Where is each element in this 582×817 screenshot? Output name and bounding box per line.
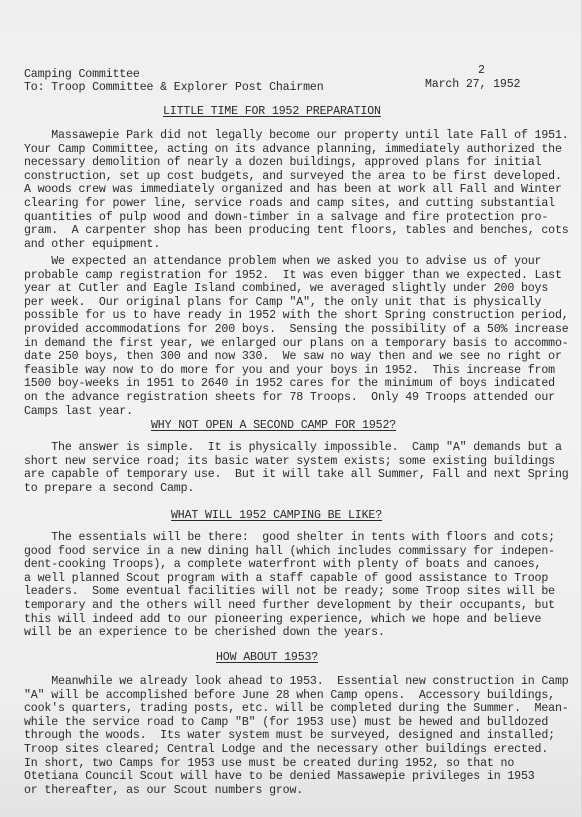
paragraph-line: Troop sites cleared; Central Lodge and t…	[24, 743, 548, 757]
paragraph-line: leaders. Some eventual facilities will n…	[24, 585, 555, 599]
paragraph-line: "A" will be accomplished before June 28 …	[24, 689, 555, 703]
memo-date: March 27, 1952	[425, 78, 520, 92]
paragraph-line: necessary demolition of nearly a dozen b…	[24, 156, 541, 170]
paragraph-line: Camps last year.	[24, 405, 133, 419]
section-heading: WHY NOT OPEN A SECOND CAMP FOR 1952?	[151, 419, 396, 433]
paragraph-line: Meanwhile we already look ahead to 1953.…	[24, 675, 569, 689]
paragraph-line: in demand the first year, we enlarged ou…	[24, 337, 569, 351]
section-heading: LITTLE TIME FOR 1952 PREPARATION	[163, 105, 381, 119]
paragraph-line: We expected an attendance problem when w…	[24, 255, 541, 269]
paragraph-line: In short, two Camps for 1953 use must be…	[24, 757, 514, 771]
paragraph-line: Otetiana Council Scout will have to be d…	[24, 770, 535, 784]
paragraph-line: on the advance registration sheets for 7…	[24, 391, 555, 405]
paragraph-line: A woods crew was immediately organized a…	[24, 183, 562, 197]
paragraph-line: Your Camp Committee, acting on its advan…	[24, 143, 562, 157]
page-number: 2	[478, 64, 485, 78]
paragraph-line: cook's quarters, trading posts, etc. wil…	[24, 702, 569, 716]
paragraph-line: The essentials will be there: good shelt…	[24, 531, 555, 545]
paragraph-line: 1500 boy-weeks in 1951 to 2640 in 1952 c…	[24, 377, 555, 391]
paragraph-line: through the woods. Its water system must…	[24, 729, 555, 743]
paragraph-line: are capable of temporary use. But it wil…	[24, 468, 569, 482]
paragraph-line: to prepare a second Camp.	[24, 482, 194, 496]
paragraph-line: short new service road; its basic water …	[24, 455, 555, 469]
section-heading: WHAT WILL 1952 CAMPING BE LIKE?	[171, 509, 382, 523]
paragraph-line: gram. A carpenter shop has been producin…	[24, 224, 569, 238]
paragraph-line: and other equipment.	[24, 238, 160, 252]
paragraph-line: while the service road to Camp "B" (for …	[24, 716, 548, 730]
paragraph-line: clearing for power line, service roads a…	[24, 197, 555, 211]
paragraph-line: will be an experience to be cherished do…	[24, 626, 385, 640]
paragraph-line: good food service in a new dining hall (…	[24, 545, 555, 559]
paragraph-line: provided accommodations for 200 boys. Se…	[24, 323, 569, 337]
paragraph-line: probable camp registration for 1952. It …	[24, 269, 562, 283]
paragraph-line: construction, set up cost budgets, and s…	[24, 170, 562, 184]
paragraph-line: Massawepie Park did not legally become o…	[24, 129, 569, 143]
paragraph-line: The answer is simple. It is physically i…	[24, 441, 562, 455]
paragraph-line: per week. Our original plans for Camp "A…	[24, 296, 541, 310]
section-heading: HOW ABOUT 1953?	[216, 651, 318, 665]
paragraph-line: dent-cooking Troops), a complete waterfr…	[24, 558, 541, 572]
paragraph-line: date 250 boys, then 300 and now 330. We …	[24, 350, 562, 364]
memo-from: Camping Committee	[24, 68, 140, 82]
paragraph-line: feasible way now to do more for you and …	[24, 364, 555, 378]
paragraph-line: possible for us to have ready in 1952 wi…	[24, 309, 569, 323]
paragraph-line: quantities of pulp wood and down-timber …	[24, 211, 548, 225]
paragraph-line: temporary and the others will need furth…	[24, 599, 555, 613]
memo-page: Camping Committee To: Troop Committee & …	[0, 0, 582, 817]
paragraph-line: or thereafter, as our Scout numbers grow…	[24, 784, 303, 798]
paragraph-line: a well planned Scout program with a staf…	[24, 572, 548, 586]
paragraph-line: this will indeed add to our pioneering e…	[24, 613, 541, 627]
paragraph-line: year at Cutler and Eagle Island combined…	[24, 282, 548, 296]
memo-to: To: Troop Committee & Explorer Post Chai…	[24, 81, 324, 95]
